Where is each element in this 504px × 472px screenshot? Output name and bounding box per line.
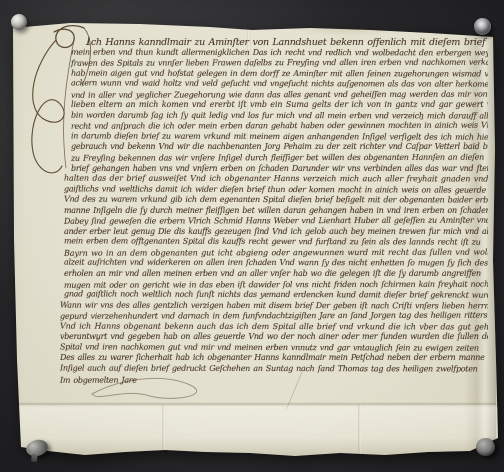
pin-bottom-right [476, 438, 495, 456]
plica-fold [14, 407, 498, 457]
fold-crease-plica-left [162, 405, 165, 452]
manuscript-line: gnad gaiſtlich noch weltlich noch ſunſt … [60, 289, 488, 301]
manuscript-line: Ich Hanns kanndlmair zu Aminſter von Lan… [60, 37, 488, 48]
manuscript-line: Vnd des zu warem vrkund gib ich dem egen… [60, 195, 488, 206]
fold-crease-plica-right [358, 404, 361, 454]
manuscript-line: gebrauch vnd bekenn Vnd wir die nachbena… [60, 142, 488, 153]
manuscript-line: frawen des Spitals zu vnnſer lieben Fraw… [60, 58, 488, 70]
manuscript-line: brief gehangen haben vns vnd vnſern erbe… [60, 164, 488, 175]
manuscript-line: Vnd ich Hanns obgenant bekenn auch das i… [60, 321, 488, 332]
manuscript-line: Des alles zu warer ſicherhait hab ich ob… [60, 353, 488, 364]
manuscript-photo: Ich Hanns kanndlmair zu Aminſter von Lan… [0, 0, 504, 472]
manuscript-line: erholen an mir vnd allen meinen erben vn… [60, 269, 488, 280]
manuscript-text: Ich Hanns kanndlmair zu Aminſter von Lan… [60, 37, 488, 389]
pin-top-left [11, 14, 27, 30]
manuscript-line: vberantwurt vnd gegeben hab on alles geu… [60, 332, 488, 343]
stain-top-edge [288, 18, 403, 36]
manuscript-line: alzeit auſrichten vnd widerkeren on alle… [60, 258, 488, 269]
manuscript-line: halten das der brief ausweiſet Vnd ich o… [60, 174, 488, 185]
manuscript-line: ackern wunn vnd waid holtz vnd veld geſu… [60, 79, 488, 91]
manuscript-line: manne Inſigeln die ſy durch meiner fleiſ… [60, 206, 488, 217]
pin-top-right [474, 18, 491, 35]
manuscript-line: Dabey ſind geweſen die erbern Vlrich Sch… [60, 216, 488, 228]
manuscript-line: lieben eltern an mich komen vnd ererbt i… [60, 100, 488, 111]
manuscript-line: Spital vnd iren nachkomen gut vnd mir vn… [60, 342, 488, 354]
manuscript-line: vnd in aller vnd yeglicher Zuegehorung w… [60, 89, 488, 101]
manuscript-line: in darumb dieſen brief zu warem vrkund m… [60, 131, 488, 143]
manuscript-line: zu Freyſing bekennen das wir vnſere Inſi… [60, 153, 488, 165]
parchment-wrap: Ich Hanns kanndlmair zu Aminſter von Lan… [0, 0, 504, 472]
parchment-document: Ich Hanns kanndlmair zu Aminſter von Lan… [0, 0, 504, 472]
